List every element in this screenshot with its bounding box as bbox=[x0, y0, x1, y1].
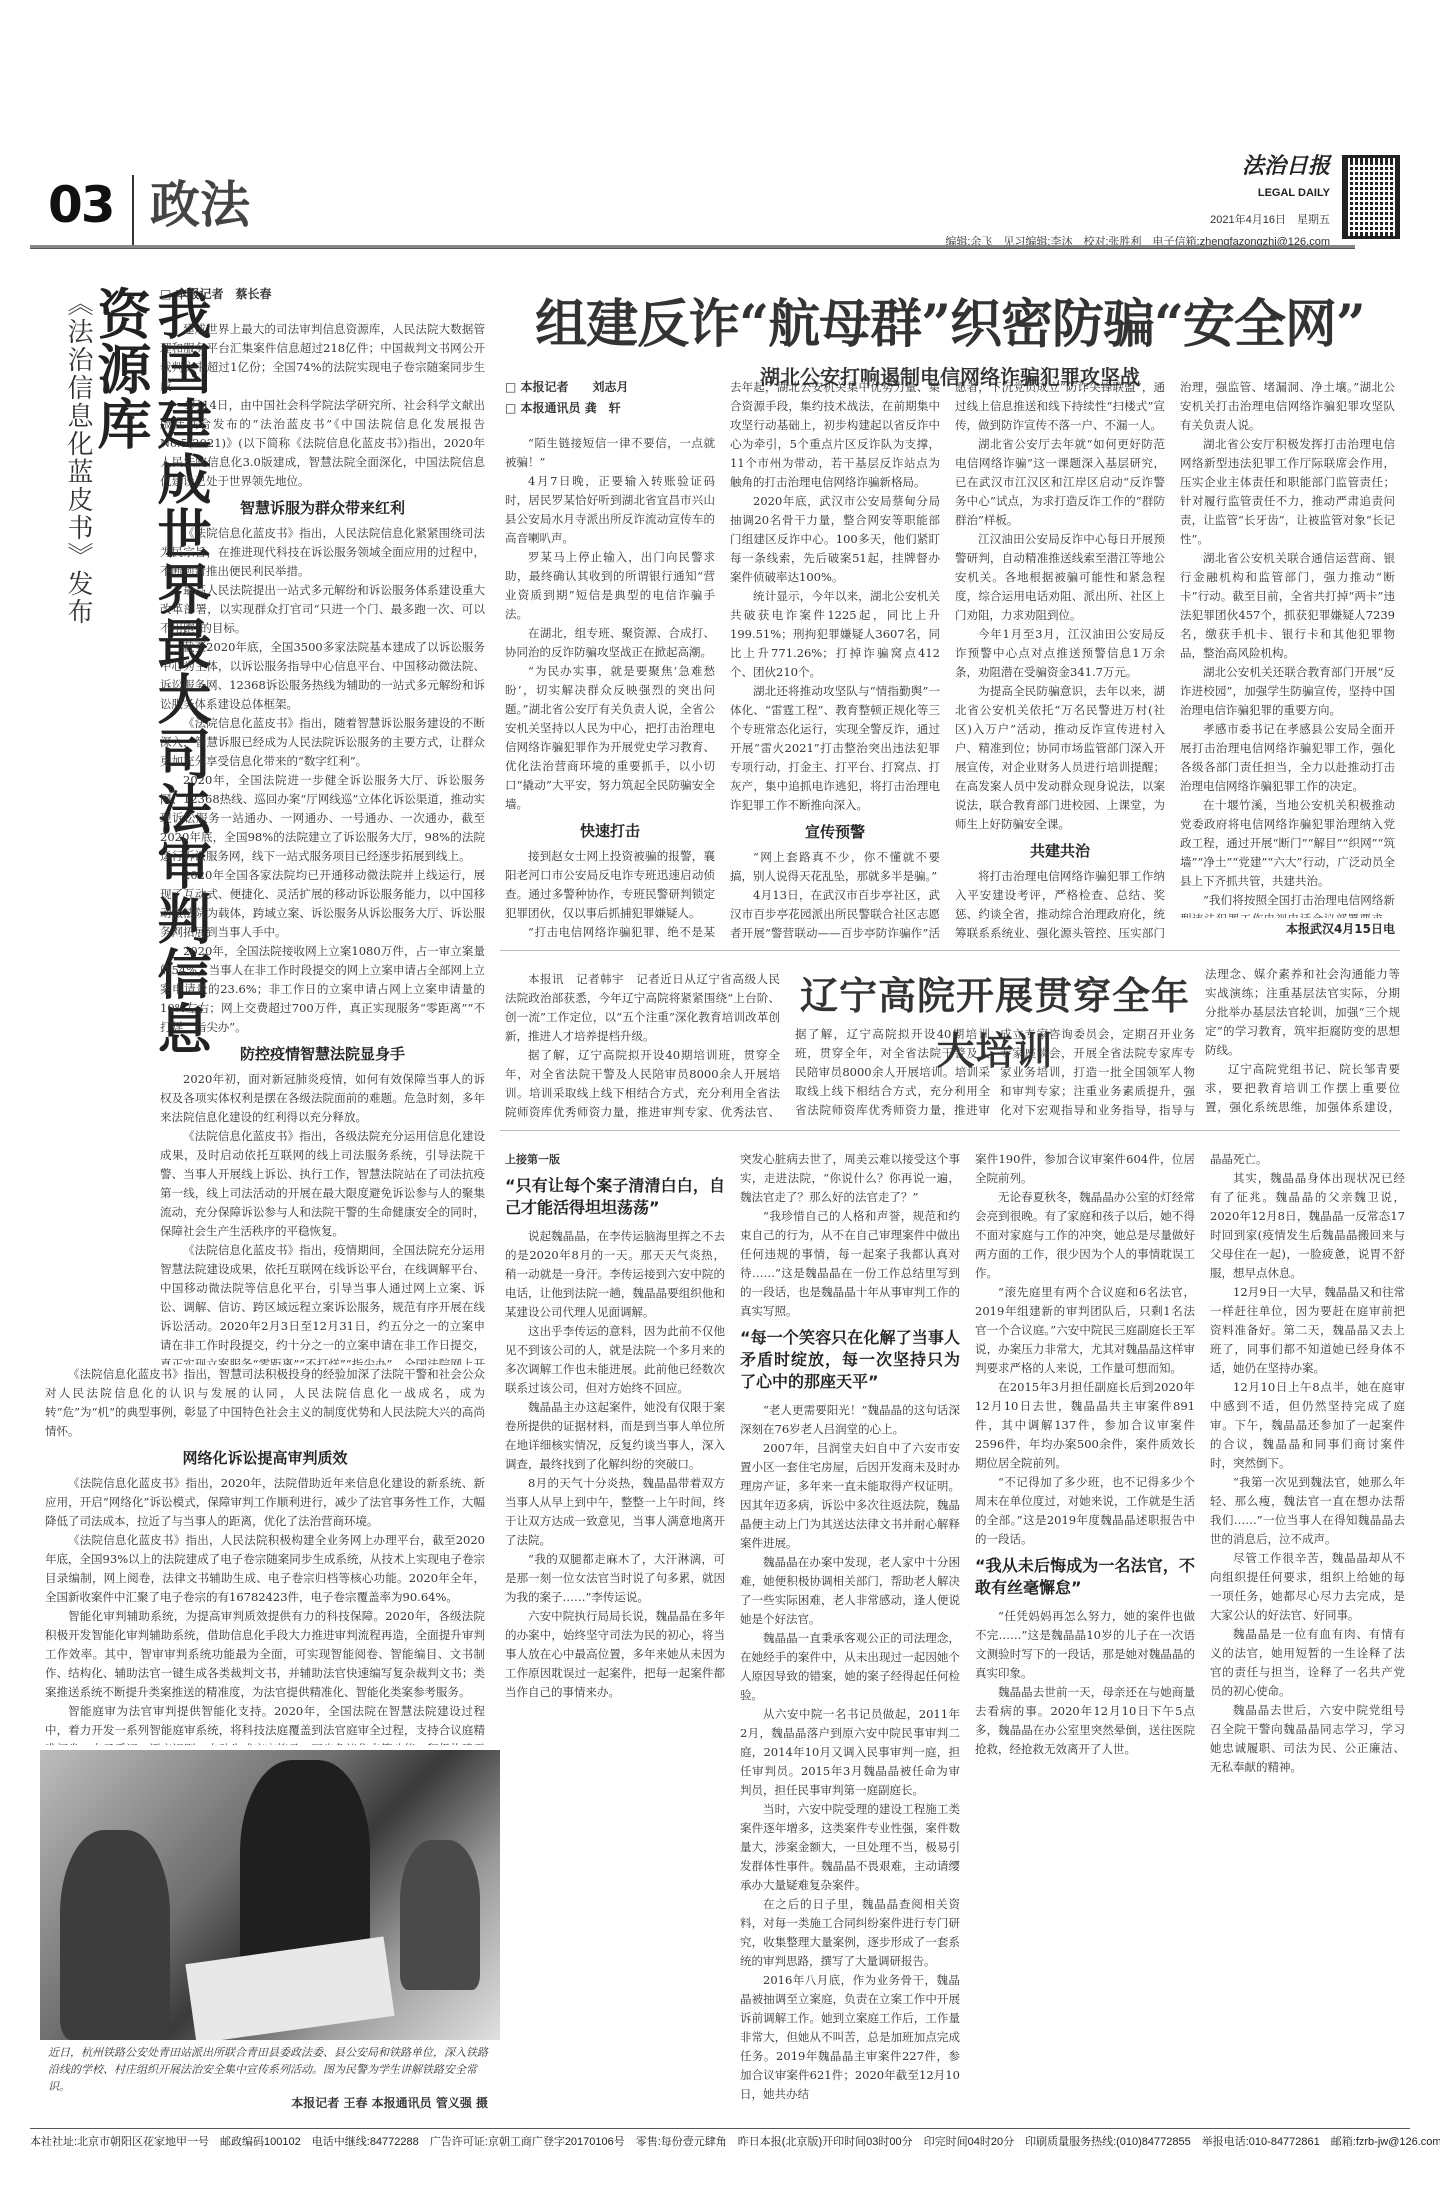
paragraph: 去年起，湖北公安机关集中优势力量、集合资源手段，集约技术战法，在前期集中攻坚行动… bbox=[730, 378, 940, 492]
paragraph: 湖北省公安厅去年就“如何更好防范电信网络诈骗”这一课题深入基层研究，已在武汉市江… bbox=[955, 435, 1165, 530]
article4-col4: 晶晶死亡。 其实，魏晶晶身体出现状况已经有了征兆。魏晶晶的父亲魏卫说，2020年… bbox=[1210, 1150, 1405, 2110]
paragraph: “为民办实事，就是要聚焦‘急难愁盼’，切实解决群众反映强烈的突出问题。”湖北省公… bbox=[505, 662, 715, 814]
paragraph: 2020年，全国法院进一步健全诉讼服务大厅、诉讼服务网、12368热线、巡回办案… bbox=[160, 771, 485, 866]
paragraph: 湖北省公安机关联合通信运营商、银行金融机构和监管部门，强力推动“断卡”行动。截至… bbox=[1180, 549, 1395, 663]
paragraph: 这出乎李传运的意料，因为此前不仅他见不到该公司的人，就是法院一个多月来的多次调解… bbox=[505, 1322, 725, 1398]
paragraph: 其实，魏晶晶身体出现状况已经有了征兆。魏晶晶的父亲魏卫说，2020年12月8日，… bbox=[1210, 1169, 1405, 1283]
article4-quote-heading-2: “每一个笑容只在化解了当事人矛盾时绽放，每一次坚持只为了心中的那座天平” bbox=[740, 1327, 960, 1393]
paragraph: 4月14日，由中国社会科学院法学研究所、社会科学文献出版社联合发布的“法治蓝皮书… bbox=[160, 396, 485, 491]
paragraph: 治理，强监管、堵漏洞、净土壤。”湖北公安机关打击治理电信网络诈骗犯罪攻坚队有关负… bbox=[1180, 378, 1395, 435]
paragraph: 2020年底，武汉市公安局蔡甸分局抽调20名骨干力量，整合网安等职能部门组建区反… bbox=[730, 492, 940, 587]
paragraph: 案件190件，参加合议审案件604件，位居全院前列。 bbox=[975, 1150, 1195, 1188]
paragraph: 据了解，辽宁高院拟开设40期培训班，贯穿全年，对全省法院干警及人民陪审员8000… bbox=[505, 1046, 780, 1120]
paragraph: 接到赵女士网上投资被骗的报警，襄阳老河口市公安局反电诈专班迅速启动侦查。通过多警… bbox=[505, 847, 715, 923]
article1-headline-block: 《法治信息化蓝皮书》发布 我国建成世界最大司法审判信息资源库 bbox=[60, 290, 150, 1090]
article3-lead: 本报讯 记者韩宇 记者近日从辽宁省高级人民法院政治部获悉，今年辽宁高院将紧紧围绕… bbox=[505, 970, 780, 1046]
paragraph: 2020年初，面对新冠肺炎疫情，如何有效保障当事人的诉权及各项实体权利是摆在各级… bbox=[160, 1070, 485, 1127]
article4-col2: 突发心脏病去世了，周美云难以接受这个事实，走进法院，“你说什么？你再说一遍，魏法… bbox=[740, 1150, 960, 2110]
paragraph: 建成世界上最大的司法审判信息资源库，人民法院大数据管理和服务平台汇集案件信息超过… bbox=[160, 320, 485, 396]
paragraph: 《法院信息化蓝皮书》指出，人民法院信息化紧紧围绕司法为民宗旨，在推进现代科技在诉… bbox=[160, 524, 485, 581]
paragraph: 《法院信息化蓝皮书》指出，2020年，法院借助近年来信息化建设的新系统、新应用，… bbox=[45, 1474, 485, 1531]
paragraph: 湖北公安机关还联合教育部门开展“反诈进校园”，加强学生防骗宣传，坚持中国治理电信… bbox=[1180, 663, 1395, 720]
paragraph: “打击电信网络诈骗犯罪，绝不是某个警种的事，而是公安机关的主责主业，要整合全警资… bbox=[505, 923, 715, 938]
photo-credit: 本报记者 王春 本报通讯员 管义强 摄 bbox=[48, 2095, 488, 2112]
article2-col3: 愿者，下沉党员成立“防诈尖锋联盟”，通过线上信息推送和线下持续性“扫楼式”宣传，… bbox=[955, 378, 1165, 938]
article1-lower-column: 《法院信息化蓝皮书》指出，智慧司法积极投身的经验加深了法院干警和社会公众对人民法… bbox=[45, 1365, 485, 1745]
paragraph: “陌生链接短信一律不要信，一点就被骗！” bbox=[505, 434, 715, 472]
paragraph: 截至2020年底，全国3500多家法院基本建成了以诉讼服务中心为主体，以诉讼服务… bbox=[160, 638, 485, 714]
paragraph: 2007年，吕润堂夫妇自中了六安市安置小区一套住宅房屋，后因开发商未及时办理房产… bbox=[740, 1439, 960, 1553]
paragraph: 在湖北，组专班、聚资源、合成打、协同治的反诈防骗攻坚战正在掀起高潮。 bbox=[505, 624, 715, 662]
subheading-fast-strike: 快速打击 bbox=[505, 822, 715, 841]
paragraph: 尽管工作很辛苦，魏晶晶却从不向组织提任何要求，组织上给她的每一项任务，她都尽心尽… bbox=[1210, 1549, 1405, 1625]
paragraph: 统计显示，今年以来，湖北公安机关共破获电诈案件1225起，同比上升199.51%… bbox=[730, 587, 940, 682]
paragraph: 2016年八月底，作为业务骨干，魏晶晶被抽调至立案庭，负责在立案工作中开展诉前调… bbox=[740, 1971, 960, 2104]
paragraph: 《法院信息化蓝皮书》指出，随着智慧诉讼服务建设的不断深入，智慧诉服已经成为人民法… bbox=[160, 714, 485, 771]
paragraph: 孝感市委书记在孝感县公安局全面开展打击治理电信网络诈骗犯罪工作，强化各级各部门责… bbox=[1180, 720, 1395, 796]
article4-quote-heading-1: “只有让每个案子清清白白，自己才能活得坦坦荡荡” bbox=[505, 1175, 725, 1219]
article3-col4: 法理念、媒介素养和社会沟通能力等实战演练；注重基层法官实际，分期分批举办基层法官… bbox=[1205, 965, 1400, 1120]
page-footer: 本社社址:北京市朝阳区花家地甲一号 邮政编码100102 电话中继线:84772… bbox=[30, 2128, 1410, 2149]
paragraph: 12月9日一大早，魏晶晶又和往常一样赶往单位，因为要赶在庭审前把资料准备好。第二… bbox=[1210, 1283, 1405, 1378]
paragraph: 魏晶晶是一位有血有肉、有情有义的法官，她用短暂的一生诠释了法官的责任与担当，诠释… bbox=[1210, 1625, 1405, 1701]
paragraph: 江汉油田公安局反诈中心每日开展预警研判，自动精准推送线索至潜江等地公安机关。各地… bbox=[955, 530, 1165, 625]
newspaper-logo: 法治日报 bbox=[1242, 149, 1330, 180]
paragraph: “我珍惜自己的人格和声誉，规范和约束自己的行为，从不在自己审理案件中做出任何违规… bbox=[740, 1207, 960, 1321]
paragraph: 六安中院执行局局长说，魏晶晶在多年的办案中，始终坚守司法为民的初心，将当事人放在… bbox=[505, 1607, 725, 1702]
paragraph: 湖北省公安厅积极发挥打击治理电信网络新型违法犯罪工作厅际联席会作用，压实企业主体… bbox=[1180, 435, 1395, 549]
paragraph: 说起魏晶晶，在李传运脑海里挥之不去的是2020年8月的一天。那天天气炎热，稍一动… bbox=[505, 1227, 725, 1322]
photo-caption: 近日，杭州铁路公安处青田站派出所联合青田县委政法委、县公安局和铁路单位，深入铁路… bbox=[48, 2044, 488, 2112]
article2-byline-1: □ 本报记者 刘志月 bbox=[505, 378, 715, 397]
photo-student-figure bbox=[60, 1830, 170, 2040]
paragraph: 《法院信息化蓝皮书》指出，各级法院充分运用信息化建设成果，及时启动依托互联网的线… bbox=[160, 1127, 485, 1241]
paragraph: “我们将按照全国打击治理电信网络新型违法犯罪工作电视电话会议部署要求，不断健全打… bbox=[1180, 891, 1395, 918]
issue-date: 2021年4月16日 星期五 bbox=[1210, 211, 1330, 227]
paragraph: 辽宁高院党组书记、院长邹青要求，要把教育培训工作摆上重要位置，强化系统思维，加强… bbox=[1205, 1060, 1400, 1120]
masthead: 03 政法 法治日报 LEGAL DAILY 2021年4月16日 星期五 编辑… bbox=[40, 175, 1400, 235]
subheading-joint-governance: 共建共治 bbox=[955, 842, 1165, 861]
paragraph: 法理念、媒介素养和社会沟通能力等实战演练；注重基层法官实际，分期分批举办基层法官… bbox=[1205, 965, 1400, 1060]
photo-brochure bbox=[185, 1936, 394, 2040]
paragraph: 魏晶晶一直秉承客观公正的司法理念，在她经手的案件中，从未出现过一起因她个人原因导… bbox=[740, 1629, 960, 1705]
section-divider bbox=[500, 950, 1400, 951]
article3-col2: 据了解，辽宁高院拟开设40期培训班，贯穿全年，对全省法院干警及人民陪审员8000… bbox=[795, 1025, 990, 1120]
paragraph: 《法院信息化蓝皮书》指出，智慧司法积极投身的经验加深了法院干警和社会公众对人民法… bbox=[45, 1365, 485, 1441]
article2-col1: □ 本报记者 刘志月 □ 本报通讯员 龚 轩 “陌生链接短信一律不要信，一点就被… bbox=[505, 378, 715, 938]
article1-column: □ 本报记者 蔡长春 建成世界上最大的司法审判信息资源库，人民法院大数据管理和服… bbox=[160, 285, 485, 1365]
paragraph: 湖北还将推动攻坚队与“情指勤舆”一体化、“雷霆工程”、教育整顿正规化等三个专班常… bbox=[730, 682, 940, 815]
paragraph: 突发心脏病去世了，周美云难以接受这个事实，走进法院，“你说什么？你再说一遍，魏法… bbox=[740, 1150, 960, 1207]
paragraph: 魏晶晶去世前一天，母亲还在与她商量去看病的事。2020年12月10日下午5点多，… bbox=[975, 1683, 1195, 1759]
article4-quote-heading-3: “我从未后悔成为一名法官，不敢有丝毫懈怠” bbox=[975, 1555, 1195, 1599]
article2-col2: 去年起，湖北公安机关集中优势力量、集合资源手段，集约技术战法，在前期集中攻坚行动… bbox=[730, 378, 940, 938]
paragraph: 为提高全民防骗意识，去年以来，湖北省公安机关依托“万名民警进万村(社区)入万户”… bbox=[955, 682, 1165, 834]
page-number: 03 bbox=[48, 175, 114, 235]
article4-col3: 案件190件，参加合议审案件604件，位居全院前列。 无论春夏秋冬，魏晶晶办公室… bbox=[975, 1150, 1195, 2110]
subheading: 防控疫情智慧法院显身手 bbox=[160, 1045, 485, 1064]
paragraph: 魏晶晶在办案中发现，老人家中十分困难，她便积极协调相关部门，帮助老人解决了一些实… bbox=[740, 1553, 960, 1629]
section-title: 政法 bbox=[150, 175, 250, 235]
paragraph: 无论春夏秋冬，魏晶晶办公室的灯经常会亮到很晚。有了家庭和孩子以后，她不得不面对家… bbox=[975, 1188, 1195, 1283]
paragraph: 在十堰竹溪，当地公安机关积极推动党委政府将电信网络诈骗犯罪治理纳入党政工程，通过… bbox=[1180, 796, 1395, 891]
paragraph: 据了解，辽宁高院拟开设40期培训班，贯穿全年，对全省法院干警及人民陪审员8000… bbox=[795, 1025, 990, 1120]
paragraph: 罗某马上停止输入，出门向民警求助，最终确认其收到的所谓银行通知“营业资质到期”短… bbox=[505, 548, 715, 624]
paragraph: 晶晶死亡。 bbox=[1210, 1150, 1405, 1169]
paragraph: 将打击治理电信网络诈骗犯罪工作纳入平安建设考评，严格检查、总结、奖惩、约谈全省，… bbox=[955, 867, 1165, 938]
subheading: 智慧诉服为群众带来红利 bbox=[160, 499, 485, 518]
paragraph: 《法院信息化蓝皮书》指出，疫情期间，全国法院充分运用智慧法院建设成果，依托互联网… bbox=[160, 1241, 485, 1365]
article1-byline: □ 本报记者 蔡长春 bbox=[160, 285, 485, 304]
paragraph: “任凭妈妈再怎么努力，她的案件也做不完……”这是魏晶晶10岁的儿子在一次语文测验… bbox=[975, 1607, 1195, 1683]
paragraph: “我第一次见到魏法官，她那么年轻、那么瘦，魏法官一直在想办法帮我们……”一位当事… bbox=[1210, 1473, 1405, 1549]
subheading: 网络化诉讼提高审判质效 bbox=[45, 1449, 485, 1468]
article2-col4: 治理，强监管、堵漏洞、净土壤。”湖北公安机关打击治理电信网络诈骗犯罪攻坚队有关负… bbox=[1180, 378, 1395, 918]
paragraph: 魏晶晶去世后，六安中院党组号召全院干警向魏晶晶同志学习，学习她忠诚履职、司法为民… bbox=[1210, 1701, 1405, 1777]
paragraph: “滚先庭里有两个合议庭和6名法官，2019年组建新的审判团队后，只剩1名法官一个… bbox=[975, 1283, 1195, 1378]
paragraph: 魏晶晶主办这起案件，她没有仅限于案卷所提供的证据材料，而是到当事人单位所在地详细… bbox=[505, 1398, 725, 1474]
paragraph: 愿者，下沉党员成立“防诈尖锋联盟”，通过线上信息推送和线下持续性“扫楼式”宣传，… bbox=[955, 378, 1165, 435]
article4-col1: 上接第一版 “只有让每个案子清清白白，自己才能活得坦坦荡荡” 说起魏晶晶，在李传… bbox=[505, 1150, 725, 2110]
header-rule bbox=[30, 245, 1355, 249]
paragraph: 8月的天气十分炎热，魏晶晶带着双方当事人从早上到中午，整整一上午时间，终于让双方… bbox=[505, 1474, 725, 1550]
paragraph: 从六安中院一名书记员做起，2011年2月，魏晶晶落户到原六安中院民事审判二庭，2… bbox=[740, 1705, 960, 1800]
paragraph: 当时，六安中院受理的建设工程施工类案件逐年增多，这类案件专业性强，案件数量大，涉… bbox=[740, 1800, 960, 1895]
article2-headline: 组建反诈“航母群”织密防骗“安全网” bbox=[500, 282, 1400, 357]
paragraph: 智能庭审为法官审判提供智能化支持。2020年，全国法院在智慧法院建设过程中，着力… bbox=[45, 1702, 485, 1745]
article2-byline-2: □ 本报通讯员 龚 轩 bbox=[505, 399, 715, 418]
paragraph: 成立专家咨询委员会，定期召开业务专家座谈会，开展全省法院专家库专家业务培训，打造… bbox=[1000, 1025, 1195, 1120]
paragraph: “我的双腿都走麻木了，大汗淋漓，可是那一刻一位女法官当时说了句多累，就因为我的案… bbox=[505, 1550, 725, 1607]
paragraph: 最高人民法院提出一站式多元解纷和诉讼服务体系建设重大改革部署，以实现群众打官司“… bbox=[160, 581, 485, 638]
paragraph: “网上套路真不少，你不懂就不要搞，别人说得天花乱坠，那就多半是骗。” bbox=[730, 848, 940, 886]
photo-student-figure bbox=[400, 1840, 480, 1990]
news-photo bbox=[40, 1750, 500, 2040]
article3-col3: 成立专家咨询委员会，定期召开业务专家座谈会，开展全省法院专家库专家业务培训，打造… bbox=[1000, 1025, 1195, 1120]
caption-text: 近日，杭州铁路公安处青田站派出所联合青田县委政法委、县公安局和铁路单位，深入铁路… bbox=[48, 2046, 488, 2093]
article2-dateline: 本报武汉4月15日电 bbox=[1180, 920, 1395, 937]
paragraph: 4月13日，在武汉市百步亭社区，武汉市百步亭花园派出所民警联合社区志愿者开展“警… bbox=[730, 886, 940, 938]
qr-code-icon bbox=[1342, 155, 1400, 239]
paragraph: 今年1月至3月，江汉油田公安局反诈预警中心点对点推送预警信息1万余条，劝阻潜在受… bbox=[955, 625, 1165, 682]
section-divider bbox=[500, 1130, 1400, 1131]
article3-lead-column: 本报讯 记者韩宇 记者近日从辽宁省高级人民法院政治部获悉，今年辽宁高院将紧紧围绕… bbox=[505, 970, 780, 1120]
masthead-divider bbox=[132, 175, 134, 245]
paragraph: 《法院信息化蓝皮书》指出，人民法院积极构建全业务网上办理平台，截至2020年底，… bbox=[45, 1531, 485, 1607]
paragraph: 12月10日上午8点半，她在庭审中感到不适，但仍然坚持完成了庭审。下午，魏晶晶还… bbox=[1210, 1378, 1405, 1473]
paragraph: “老人更需要阳光！”魏晶晶的这句话深深刻在76岁老人吕润堂的心上。 bbox=[740, 1401, 960, 1439]
paragraph: “不记得加了多少班，也不记得多少个周末在单位度过，对她来说，工作就是生活的全部。… bbox=[975, 1473, 1195, 1549]
legal-daily-label: LEGAL DAILY bbox=[1258, 187, 1330, 199]
paragraph: 智能化审判辅助系统，为提高审判质效提供有力的科技保障。2020年，各级法院积极开… bbox=[45, 1607, 485, 1702]
paragraph: 2020年全国各家法院均已开通移动微法院并上线运行，展现了互动式、便捷化、灵活扩… bbox=[160, 866, 485, 942]
paragraph: 2020年，全国法院接收网上立案1080万件，占一审立案量的54%，当事人在非工… bbox=[160, 942, 485, 1037]
paragraph: 在之后的日子里，魏晶晶查阅相关资料，对每一类施工合同纠纷案件进行专门研究，收集整… bbox=[740, 1895, 960, 1971]
paragraph: 在2015年3月担任副庭长后到2020年12月10日去世，魏晶晶共主审案件891… bbox=[975, 1378, 1195, 1473]
article2-header: 组建反诈“航母群”织密防骗“安全网” 湖北公安打响遏制电信网络诈骗犯罪攻坚战 bbox=[500, 282, 1400, 390]
continued-from-page1-label: 上接第一版 bbox=[505, 1150, 725, 1169]
subheading-warning: 宣传预警 bbox=[730, 823, 940, 842]
paragraph: 4月7日晚，正要输入转账验证码时，居民罗某恰好听到湖北省宜昌市兴山县公安局水月寺… bbox=[505, 472, 715, 548]
